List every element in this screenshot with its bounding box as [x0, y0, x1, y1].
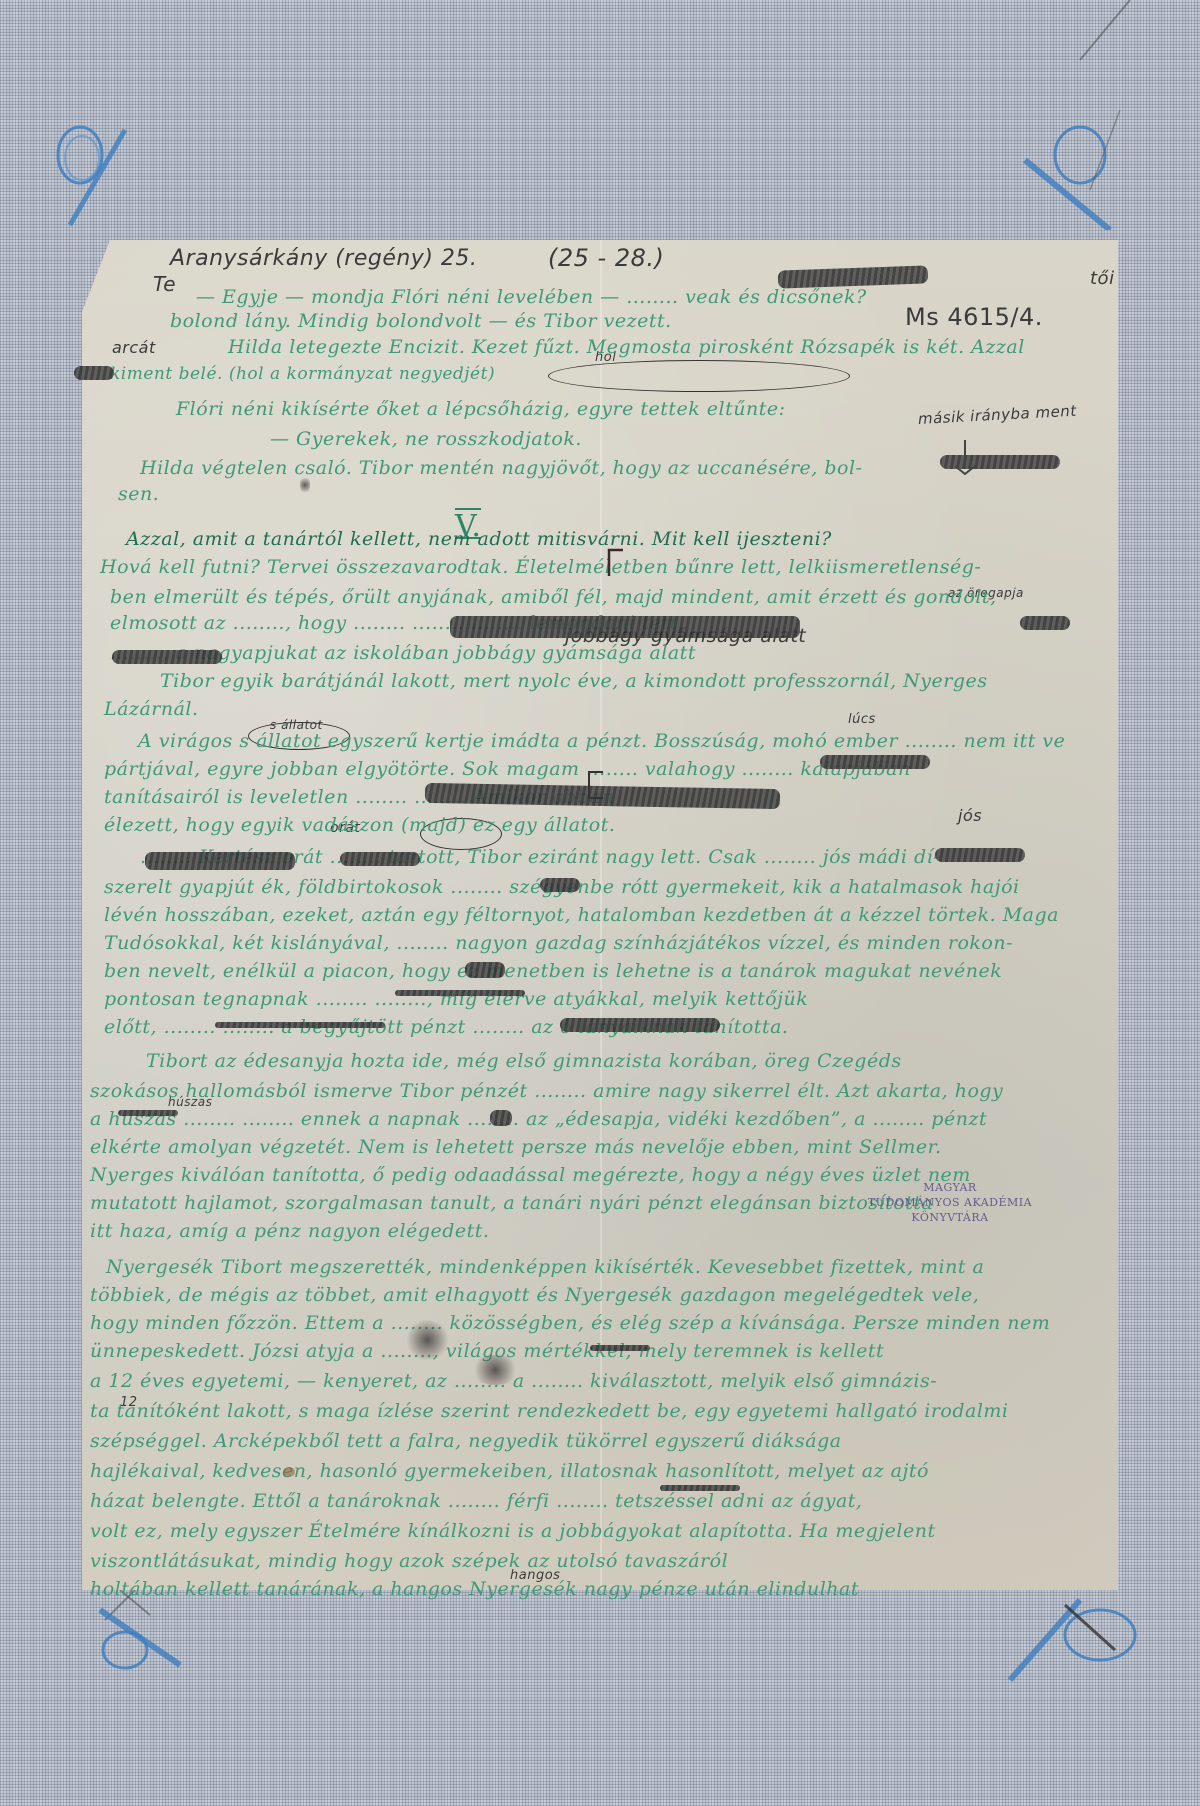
shelfmark: Ms 4615/4. [905, 303, 1043, 331]
pencil-strikethrough [465, 962, 505, 978]
manuscript-line: Nyergesék Tibort megszerették, mindenkép… [106, 1256, 984, 1278]
library-stamp: MAGYAR TUDOMÁNYOS AKADÉMIA KÖNYVTÁRA [860, 1180, 1040, 1225]
manuscript-line: Flóri néni kikísérte őket a lépcsőházig,… [176, 398, 786, 420]
manuscript-line: Tibor egyik barátjánál lakott, mert nyol… [160, 670, 988, 692]
manuscript-line: A virágos s állatot egyszerű kertje imád… [138, 730, 1065, 752]
manuscript-line: Lázárnál. [104, 698, 199, 720]
pencil-strikethrough [820, 755, 930, 769]
fingerprint-smudge [470, 1355, 520, 1385]
manuscript-line: ben elmerült és tépés, őrült anyjának, a… [110, 586, 997, 608]
margin-note-upper-right: tői [1090, 268, 1115, 289]
pencil-strikethrough [1020, 616, 1070, 630]
manuscript-line: volt ez, mely egyszer Ételmére kínálkozn… [90, 1520, 936, 1542]
margin-note-left-insert: arcát [112, 338, 156, 357]
manuscript-line: mutatott hajlamot, szorgalmasan tanult, … [90, 1192, 933, 1214]
manuscript-title: Aranysárkány (regény) 25. [170, 246, 477, 271]
pencil-strikethrough [660, 1485, 740, 1491]
manuscript-line: Azzal, amit a tanártól kellett, nem adot… [126, 528, 832, 550]
pencil-strikethrough [560, 1018, 720, 1032]
pencil-strikethrough [450, 616, 800, 638]
manuscript-line: sen. [118, 483, 159, 505]
fingerprint-smudge [405, 1320, 450, 1360]
pencil-strikethrough [118, 1110, 178, 1116]
stamp-line-3: KÖNYVTÁRA [860, 1210, 1040, 1225]
manuscript-line: ta tanítóként lakott, s maga ízlése szer… [90, 1400, 1009, 1422]
corner-mark-top-left-icon [40, 100, 140, 230]
bracket-mark-icon [605, 548, 625, 578]
manuscript-line: szokásos hallomásból ismerve Tibor pénzé… [90, 1080, 1003, 1102]
pencil-strikethrough [215, 1022, 385, 1028]
manuscript-line: viszontlátásukat, mindig hogy azok szépe… [90, 1550, 728, 1572]
manuscript-line: hogy minden főzzön. Ettem a ........ köz… [90, 1312, 1050, 1334]
pencil-strikethrough [112, 650, 222, 664]
bracket-mark-icon [585, 770, 605, 800]
pencil-strikethrough [340, 852, 420, 866]
manuscript-line: pártjával, egyre jobban elgyötörte. Sok … [104, 758, 911, 780]
manuscript-line: bolond lány. Mindig bolondvolt — és Tibo… [170, 310, 672, 332]
corner-mark-top-right-icon [1010, 100, 1130, 230]
manuscript-line: Hilda letegezte Encizit. Kezet fűzt. Meg… [228, 336, 1025, 358]
margin-note-top-left: Te [153, 272, 176, 296]
manuscript-line: lévén hosszában, ezeket, aztán egy félto… [104, 904, 1059, 926]
manuscript-line: Tudósokkal, két kislányával, ........ na… [104, 932, 1013, 954]
insert-caret-icon [950, 438, 980, 478]
pencil-strikethrough [540, 878, 580, 892]
insert-jos: jós [958, 806, 982, 825]
manuscript-line: élezett, hogy egyik vadászon (majd) ez e… [104, 814, 615, 836]
manuscript-line: a húszas ........ ........ ennek a napna… [90, 1108, 987, 1130]
manuscript-line: Tibort az édesanyja hozta ide, még első … [146, 1050, 902, 1072]
pencil-strikethrough [145, 852, 295, 870]
pencil-strikethrough [935, 848, 1025, 862]
ink-smudge [300, 475, 310, 495]
manuscript-line: többiek, de mégis az többet, amit elhagy… [90, 1284, 979, 1306]
manuscript-line: ben nevelt, enélkül a piacon, hogy ez me… [104, 960, 1002, 982]
manuscript-line: házat belengte. Ettől a tanároknak .....… [90, 1490, 862, 1512]
insert-lucs: lúcs [848, 712, 876, 727]
manuscript-line: kiment belé. (hol a kormányzat negyedjét… [110, 364, 495, 384]
manuscript-line: Hová kell futni? Tervei összezavarodtak.… [100, 556, 981, 578]
manuscript-line: holtában kellett tanárának, a hangos Nye… [90, 1578, 859, 1600]
manuscript-line: elkérte amolyan végzetét. Nem is lehetet… [90, 1136, 942, 1158]
paper-stain [283, 1467, 295, 1477]
pencil-strikethrough [590, 1345, 650, 1351]
stamp-line-2: TUDOMÁNYOS AKADÉMIA [860, 1195, 1040, 1210]
corner-mark-bottom-left-icon [60, 1590, 200, 1700]
manuscript-line: — Gyerekek, ne rosszkodjatok. [270, 428, 582, 450]
manuscript-line: Hilda végtelen csaló. Tibor mentén nagyj… [140, 457, 862, 479]
manuscript-line: itt haza, amíg a pénz nagyon elégedett. [90, 1220, 489, 1242]
manuscript-line: — Egyje — mondja Flóri néni levelében — … [196, 286, 867, 308]
manuscript-line: hajlékaival, kedvesen, hasonló gyermekei… [90, 1460, 929, 1482]
pencil-strikethrough [490, 1110, 512, 1126]
corner-mark-bottom-right-icon [1000, 1590, 1150, 1700]
pencil-strikethrough [74, 366, 114, 380]
page-range: (25 - 28.) [548, 244, 664, 272]
circled-insert-hol [548, 360, 850, 392]
stamp-line-1: MAGYAR [860, 1180, 1040, 1195]
manuscript-line: szépséggel. Arcképekből tett a falra, ne… [90, 1430, 842, 1452]
pencil-strikethrough [395, 990, 525, 996]
corner-mark-top-right-pencil-icon [1060, 0, 1140, 80]
manuscript-line: Nyerges kiválóan tanította, ő pedig odaa… [90, 1164, 971, 1186]
